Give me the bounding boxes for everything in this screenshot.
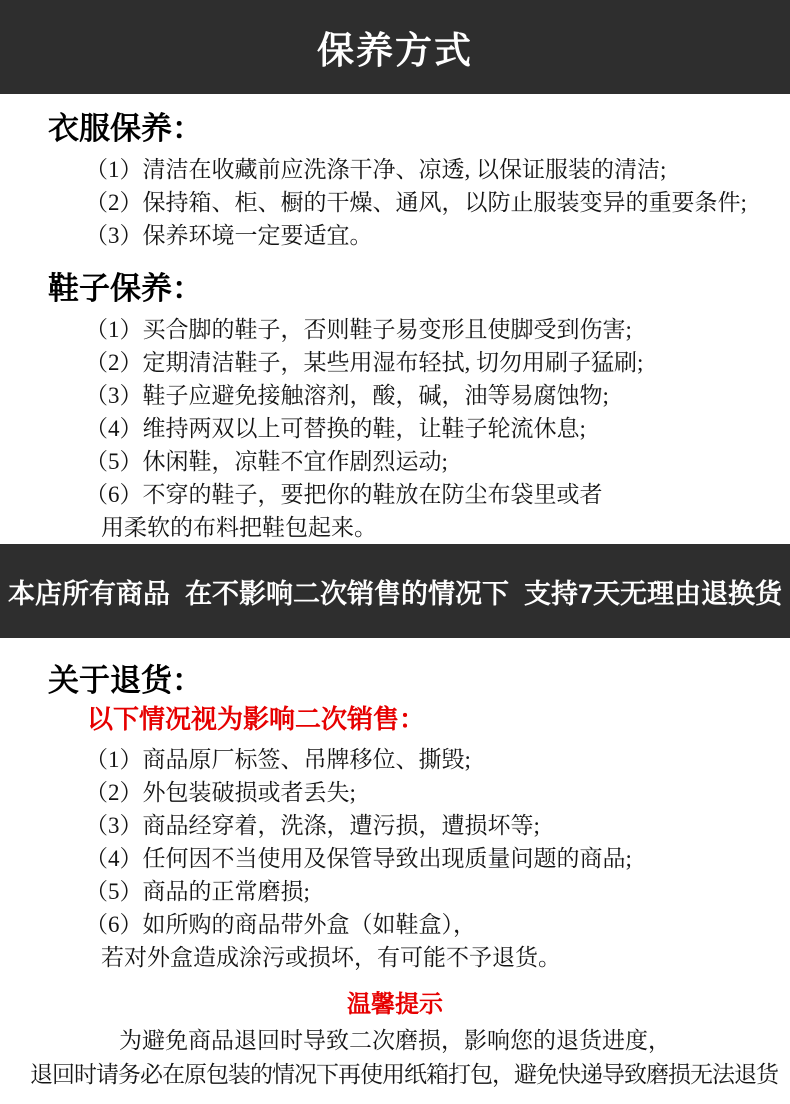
policy-banner: 本店所有商品 在不影响二次销售的情况下 支持7天无理由退换货 [0, 544, 790, 638]
returns-item: （4）任何因不当使用及保管导致出现质量问题的商品; [30, 842, 760, 875]
shoes-care-item: （3）鞋子应避免接触溶剂，酸，碱，油等易腐蚀物; [30, 379, 760, 412]
clothes-care-list: （1）清洁在收藏前应洗涤干净、凉透, 以保证服装的清洁; （2）保持箱、柜、橱的… [30, 153, 760, 252]
page-header: 保养方式 [0, 0, 790, 94]
returns-item: （1）商品原厂标签、吊牌移位、撕毁; [30, 743, 760, 776]
returns-heading: 关于退货： [30, 664, 760, 697]
tips-line-2: 退回时请务必在原包装的情况下再使用纸箱打包，避免快递导致磨损无法退货 [30, 1060, 760, 1090]
shoes-care-item: （4）维持两双以上可替换的鞋，让鞋子轮流休息; [30, 412, 760, 445]
care-section: 衣服保养： （1）清洁在收藏前应洗涤干净、凉透, 以保证服装的清洁; （2）保持… [0, 94, 790, 544]
returns-item-continuation: 若对外盒造成涂污或损坏，有可能不予退货。 [30, 941, 760, 974]
clothes-care-heading: 衣服保养： [30, 112, 760, 145]
shoes-care-item-continuation: 用柔软的布料把鞋包起来。 [30, 511, 760, 544]
returns-list: （1）商品原厂标签、吊牌移位、撕毁; （2）外包装破损或者丢失; （3）商品经穿… [30, 743, 760, 974]
shoes-care-item: （1）买合脚的鞋子，否则鞋子易变形且使脚受到伤害; [30, 313, 760, 346]
shoes-care-list: （1）买合脚的鞋子，否则鞋子易变形且使脚受到伤害; （2）定期清洁鞋子，某些用湿… [30, 313, 760, 544]
tips-line-1: 为避免商品退回时导致二次磨损，影响您的退货进度， [30, 1026, 760, 1056]
returns-item: （5）商品的正常磨损; [30, 875, 760, 908]
policy-banner-text: 本店所有商品 在不影响二次销售的情况下 支持7天无理由退换货 [8, 572, 782, 611]
returns-item: （3）商品经穿着，洗涤，遭污损，遭损坏等; [30, 809, 760, 842]
clothes-care-item: （1）清洁在收藏前应洗涤干净、凉透, 以保证服装的清洁; [30, 153, 760, 186]
clothes-care-item: （3）保养环境一定要适宜。 [30, 219, 760, 252]
returns-section: 关于退货： 以下情况视为影响二次销售： （1）商品原厂标签、吊牌移位、撕毁; （… [0, 638, 790, 1090]
tips-block: 温馨提示 为避免商品退回时导致二次磨损，影响您的退货进度， 退回时请务必在原包装… [30, 990, 760, 1090]
clothes-care-item: （2）保持箱、柜、橱的干燥、通风，以防止服装变异的重要条件; [30, 186, 760, 219]
shoes-care-heading: 鞋子保养： [30, 272, 760, 305]
page-title: 保养方式 [317, 20, 473, 74]
shoes-care-item: （2）定期清洁鞋子，某些用湿布轻拭, 切勿用刷子猛刷; [30, 346, 760, 379]
tips-title: 温馨提示 [30, 990, 760, 1020]
shoes-care-item: （6）不穿的鞋子，要把你的鞋放在防尘布袋里或者 [30, 478, 760, 511]
shoes-care-item: （5）休闲鞋，凉鞋不宜作剧烈运动; [30, 445, 760, 478]
returns-item: （2）外包装破损或者丢失; [30, 776, 760, 809]
returns-item: （6）如所购的商品带外盒（如鞋盒）， [30, 908, 760, 941]
returns-subtitle: 以下情况视为影响二次销售： [30, 705, 760, 735]
